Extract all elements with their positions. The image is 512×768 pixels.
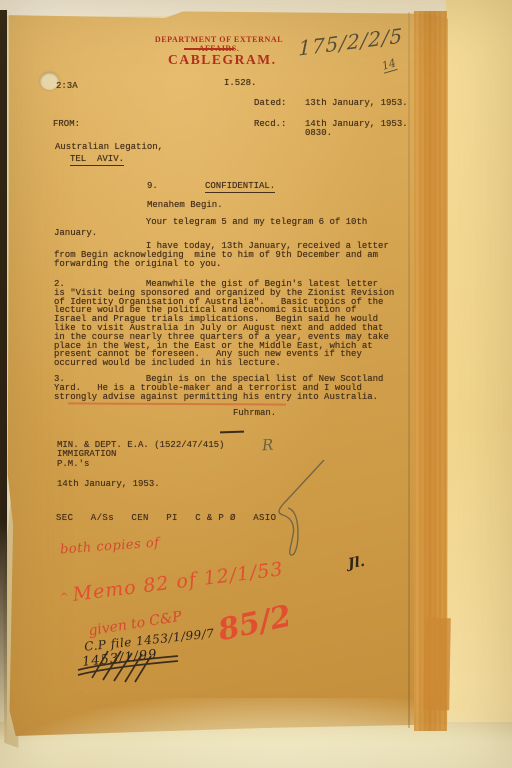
- serial-number: I.528.: [224, 79, 256, 88]
- paragraph-3: 3. Begin is on the special list of New S…: [54, 375, 383, 401]
- left-shadow-edge: [0, 10, 7, 740]
- paper-crease: [408, 12, 410, 728]
- routing-block: MIN. & DEPT. E.A. (1522/47/415) IMMIGRAT…: [57, 441, 224, 469]
- sender-name: Australian Legation,: [55, 143, 163, 152]
- distribution-line: SEC A/Ss CEN PI C & P Ø ASIO: [56, 514, 276, 523]
- received-value: 14th January, 1953. 0830.: [305, 120, 408, 138]
- department-letterhead: DEPARTMENT OF EXTERNAL AFFAIRS.: [139, 35, 299, 53]
- dated-label: Dated:: [254, 99, 286, 108]
- footer-date: 14th January, 1953.: [57, 480, 160, 489]
- document-photo: DEPARTMENT OF EXTERNAL AFFAIRS. CABLEGRA…: [0, 0, 512, 768]
- pencil-signature: [250, 438, 345, 568]
- red-caret-mark: ^: [60, 592, 68, 603]
- paragraph-1: Your telegram 5 and my telegram 6 of 10t…: [54, 217, 367, 239]
- scratch-out-strokes: [72, 644, 187, 686]
- letterhead-rule: [184, 48, 234, 50]
- from-label: FROM:: [53, 120, 80, 129]
- classification-text: CONFIDENTIAL.: [205, 181, 275, 193]
- paragraph-number: 9.: [147, 182, 158, 191]
- paragraph-2: 2. Meanwhile the gist of Begin's latest …: [54, 280, 394, 368]
- dated-value: 13th January, 1953.: [305, 99, 408, 108]
- sender-location: TEL AVIV.: [70, 155, 124, 164]
- ink-initials: Jl.: [347, 554, 366, 572]
- sender-location-text: TEL AVIV.: [70, 154, 124, 166]
- paragraph-1-continued: I have today, 13th January, received a l…: [54, 242, 389, 268]
- tape-patch: [423, 618, 451, 710]
- cablegram-title: CABLEGRAM.: [168, 52, 277, 68]
- classification: CONFIDENTIAL.: [205, 182, 275, 191]
- received-label: Recd.:: [254, 120, 286, 129]
- corner-code: 2:3A: [56, 82, 78, 91]
- background-right-band: [446, 0, 512, 768]
- subject-line: Menahem Begin.: [147, 201, 223, 210]
- signoff-name: Fuhrman.: [233, 409, 276, 418]
